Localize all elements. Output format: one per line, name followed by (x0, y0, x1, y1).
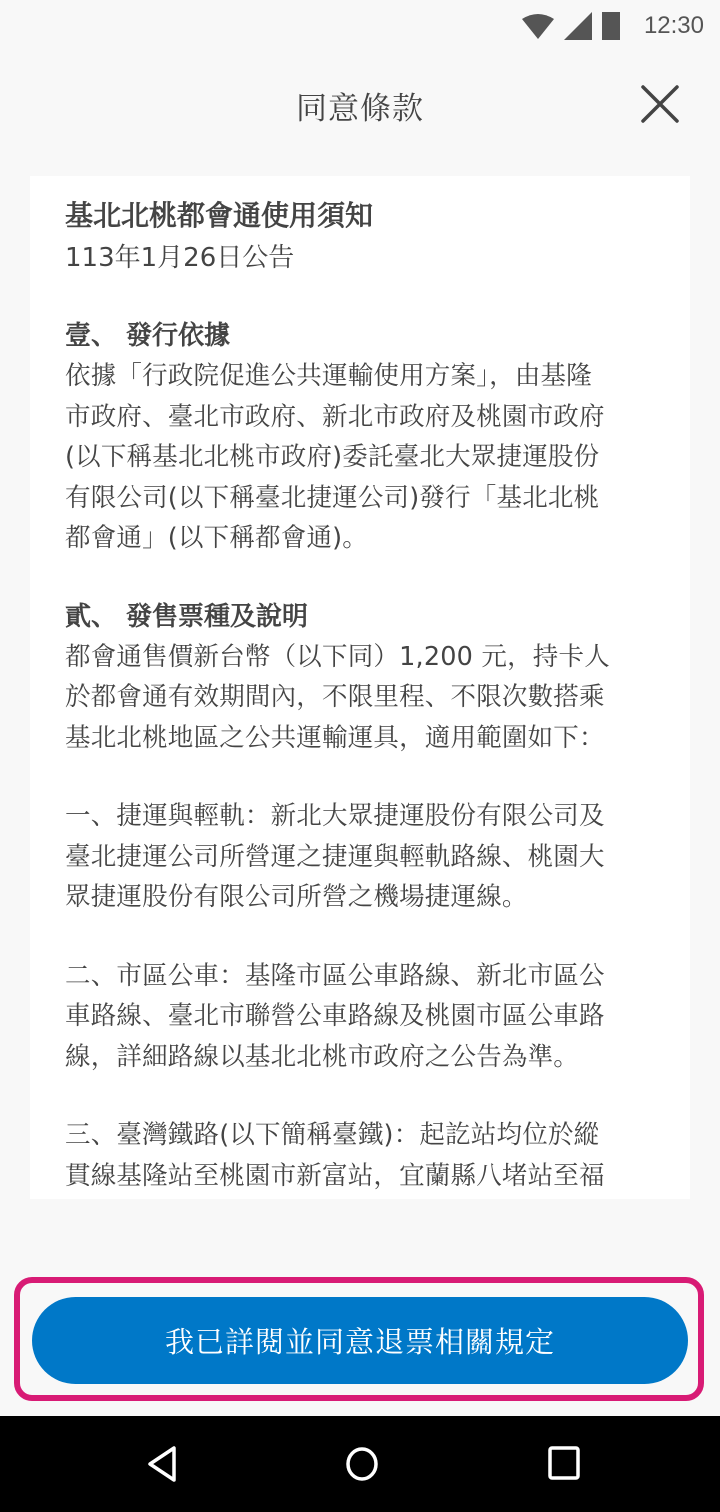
app-bar: 同意條款 (0, 60, 720, 150)
section-heading: 壹、 發行依據 (65, 316, 654, 356)
close-button[interactable] (640, 84, 680, 124)
text-line: 臺北捷運公司所營運之捷運與輕軌路線、桃園大 (65, 837, 654, 878)
text-line: 三、臺灣鐵路(以下簡稱臺鐵)：起訖站均位於縱 (65, 1115, 654, 1156)
section-ticket-types: 貳、 發售票種及說明 都會通售價新台幣（以下同）1,200 元，持卡人 於都會通… (65, 597, 654, 1197)
text-line: 貫線基隆站至桃園市新富站，宜蘭縣八堵站至福 (65, 1156, 654, 1197)
text-line: 眾捷運股份有限公司所營之機場捷運線。 (65, 877, 654, 918)
text-line: 有限公司(以下稱臺北捷運公司)發行「基北北桃 (65, 478, 654, 519)
document-date: 113年1月26日公告 (65, 238, 654, 278)
status-time: 12:30 (644, 12, 704, 40)
list-item-mrt-light-rail: 一、捷運與輕軌：新北大眾捷運股份有限公司及 臺北捷運公司所營運之捷運與輕軌路線、… (65, 796, 654, 918)
section-issuance-basis: 壹、 發行依據 依據「行政院促進公共運輸使用方案」，由基隆 市政府、臺北市政府、… (65, 316, 654, 559)
text-line: 車路線、臺北市聯營公車路線及桃園市區公車路 (65, 996, 654, 1037)
text-line: 市政府、臺北市政府、新北市政府及桃園市政府 (65, 397, 654, 438)
status-bar: 12:30 (0, 0, 720, 52)
text-line: 基北北桃地區之公共運輸運具，適用範圍如下： (65, 718, 654, 759)
wifi-icon (522, 13, 554, 39)
system-nav-bar (0, 1416, 720, 1512)
cellular-signal-icon (564, 12, 592, 40)
text-line: 二、市區公車：基隆市區公車路線、新北市區公 (65, 956, 654, 997)
home-icon (344, 1444, 380, 1484)
recents-button[interactable] (546, 1444, 582, 1488)
recents-icon (546, 1444, 582, 1484)
text-line: 都會通」(以下稱都會通)。 (65, 518, 654, 559)
battery-icon (602, 12, 620, 40)
list-item-city-bus: 二、市區公車：基隆市區公車路線、新北市區公 車路線、臺北市聯營公車路線及桃園市區… (65, 956, 654, 1078)
text-line: 線，詳細路線以基北北桃市政府之公告為準。 (65, 1037, 654, 1078)
back-button[interactable] (144, 1444, 180, 1488)
list-item-taiwan-railway: 三、臺灣鐵路(以下簡稱臺鐵)：起訖站均位於縱 貫線基隆站至桃園市新富站，宜蘭縣八… (65, 1115, 654, 1196)
text-line: 依據「行政院促進公共運輸使用方案」，由基隆 (65, 356, 654, 397)
section-heading: 貳、 發售票種及說明 (65, 597, 654, 637)
page-title: 同意條款 (296, 83, 424, 128)
close-icon (640, 84, 680, 124)
terms-content-scroll[interactable]: 基北北桃都會通使用須知 113年1月26日公告 壹、 發行依據 依據「行政院促進… (30, 176, 690, 1199)
document-title: 基北北桃都會通使用須知 (65, 194, 654, 238)
text-line: (以下稱基北北桃市政府)委託臺北大眾捷運股份 (65, 437, 654, 478)
text-line: 一、捷運與輕軌：新北大眾捷運股份有限公司及 (65, 796, 654, 837)
text-line: 都會通售價新台幣（以下同）1,200 元，持卡人 (65, 637, 654, 678)
back-icon (144, 1444, 180, 1484)
section-paragraph: 依據「行政院促進公共運輸使用方案」，由基隆 市政府、臺北市政府、新北市政府及桃園… (65, 356, 654, 559)
home-button[interactable] (344, 1444, 380, 1488)
section-paragraph: 都會通售價新台幣（以下同）1,200 元，持卡人 於都會通有效期間內，不限里程、… (65, 637, 654, 759)
agree-button[interactable]: 我已詳閱並同意退票相關規定 (32, 1297, 688, 1384)
text-line: 於都會通有效期間內，不限里程、不限次數搭乘 (65, 677, 654, 718)
